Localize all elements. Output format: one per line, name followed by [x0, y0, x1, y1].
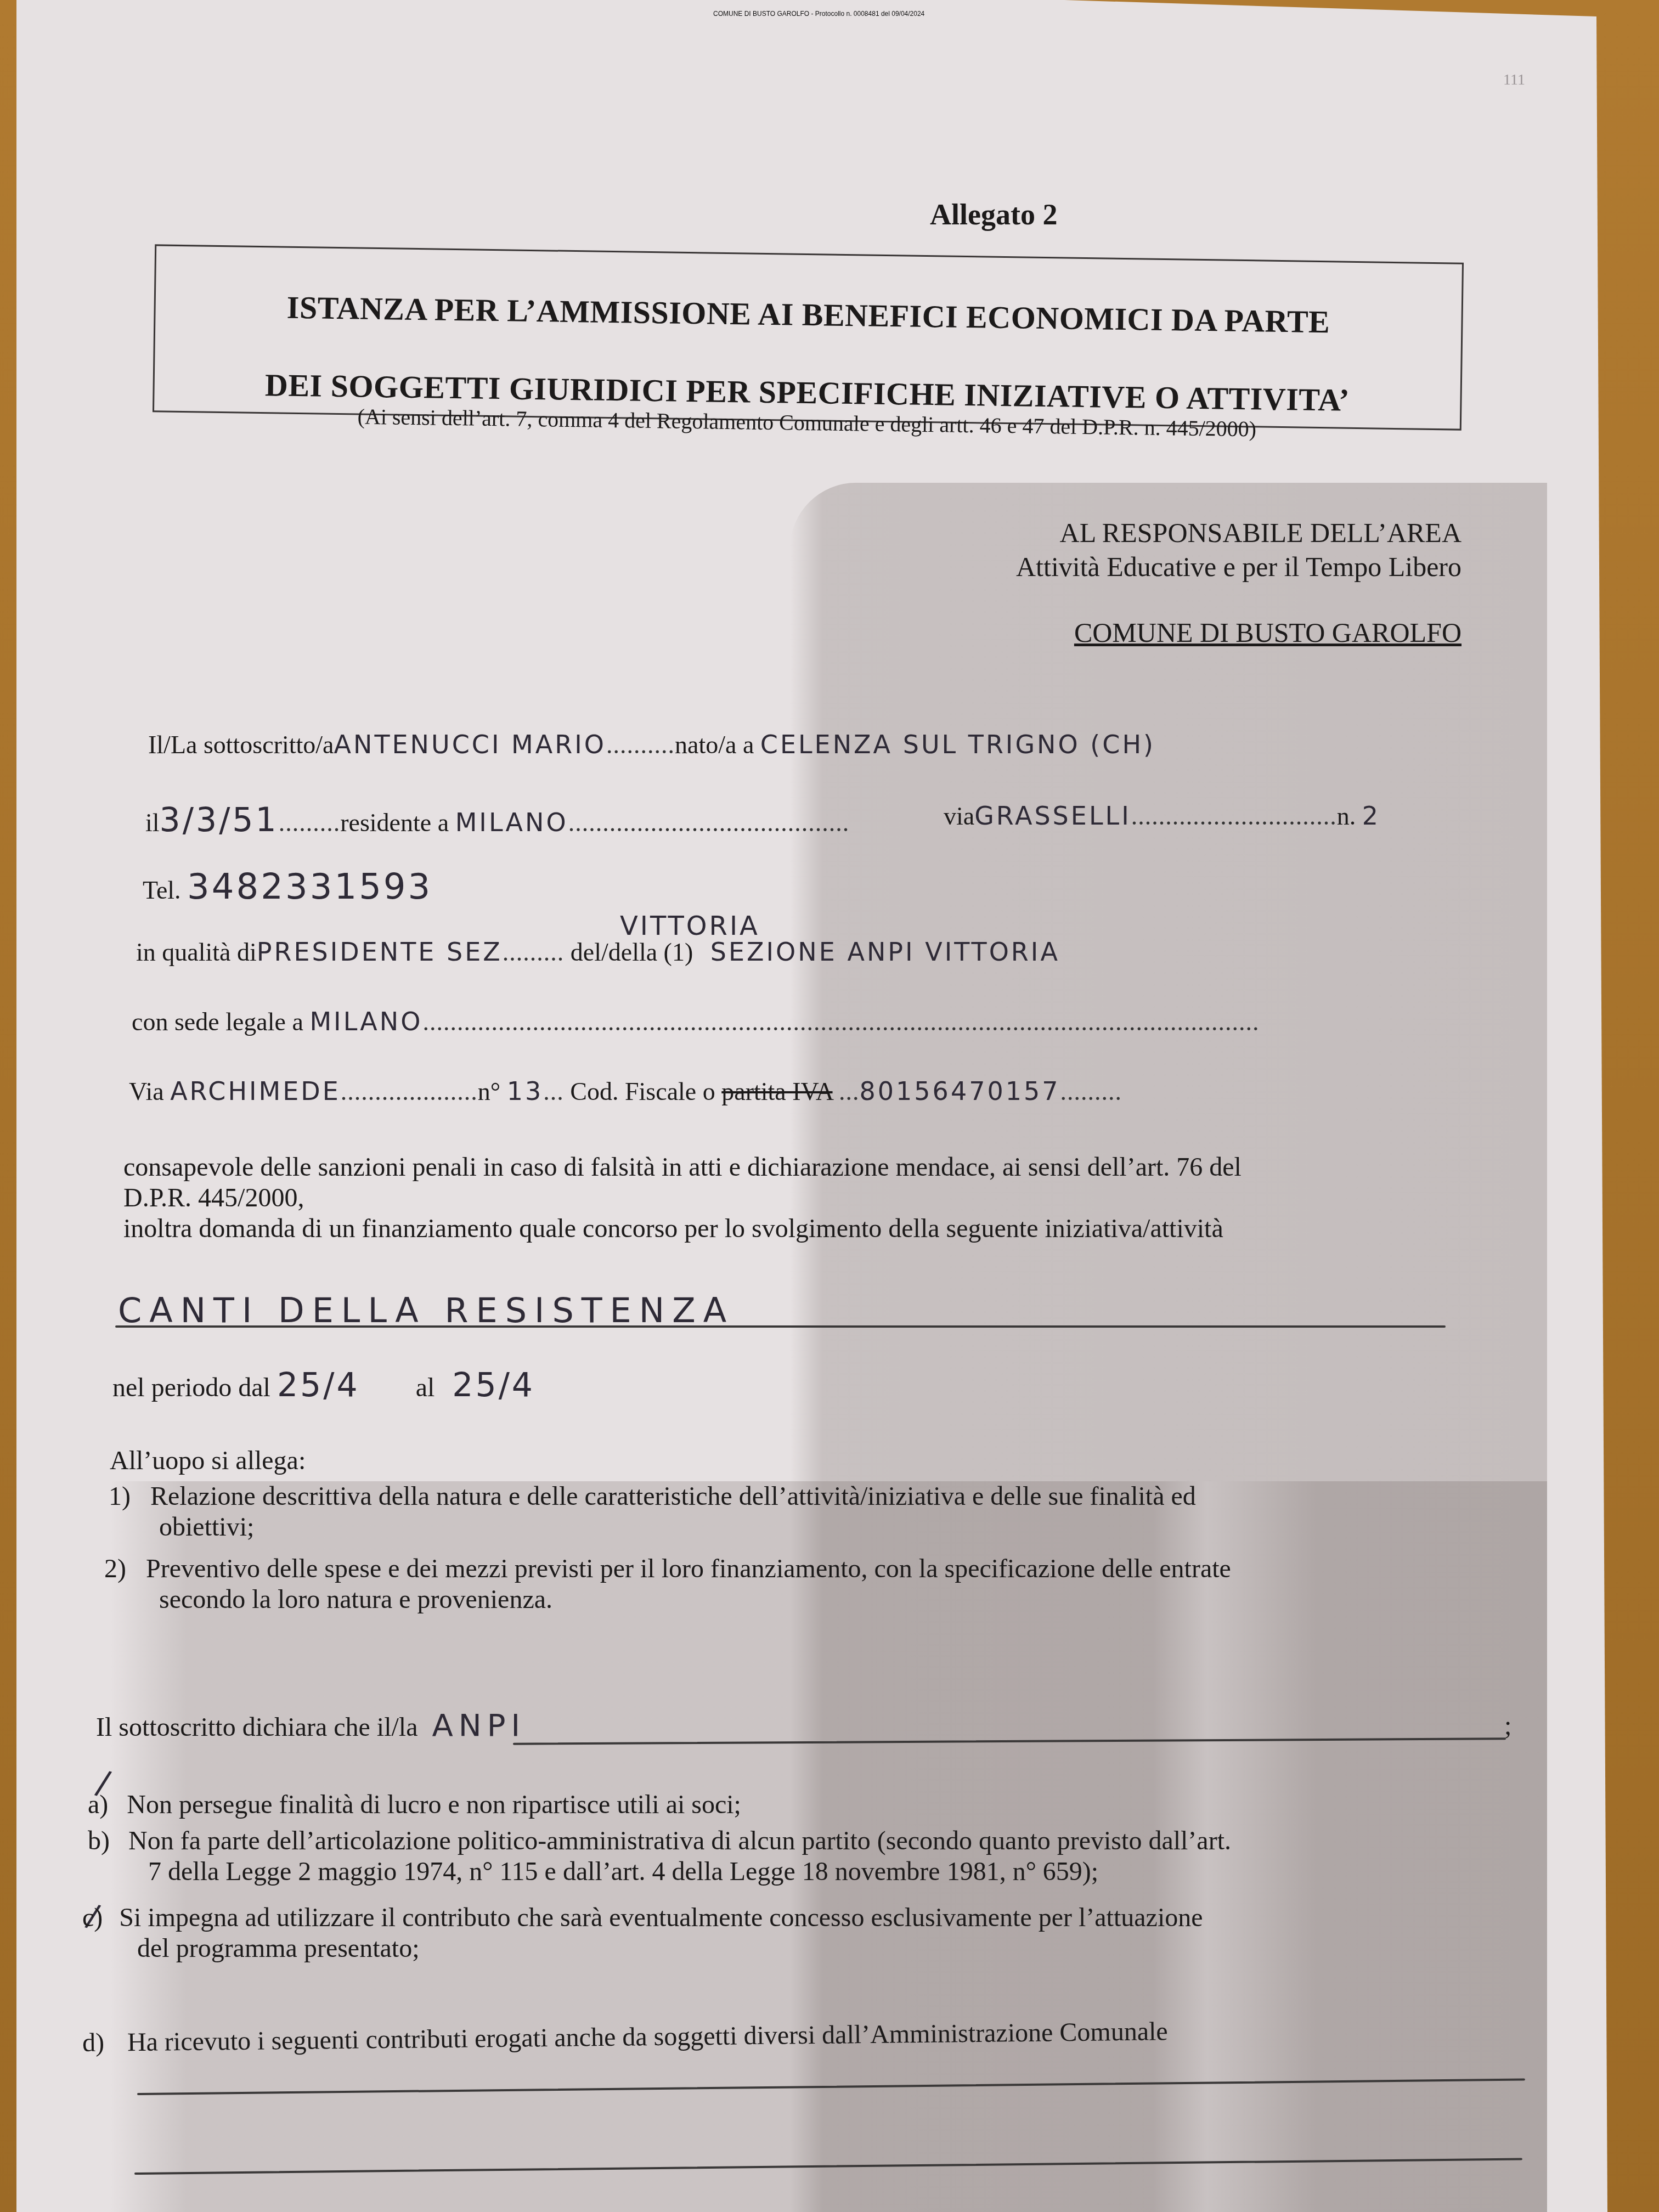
recipient-line-3: COMUNE DI BUSTO GAROLFO — [1074, 617, 1462, 648]
period-to-label: al — [416, 1373, 435, 1402]
period-to-field[interactable]: 25/4 — [452, 1366, 535, 1404]
declaration-line-3: inoltra domanda di un finanziamento qual… — [123, 1214, 1242, 1244]
street-row: viaGRASSELLI............................… — [944, 801, 1380, 831]
birthdate-label: il — [145, 809, 160, 837]
street-field[interactable]: GRASSELLI — [974, 801, 1131, 831]
role-field[interactable]: PRESIDENTE SEZ — [257, 937, 503, 967]
declaration-line-2: D.P.R. 445/2000, — [123, 1183, 1242, 1214]
street-number-field[interactable]: 2 — [1362, 801, 1380, 831]
phone-row: Tel. 3482331593 — [143, 867, 432, 907]
residence-field[interactable]: MILANO — [455, 808, 568, 837]
attachments-heading: All’uopo si allega: — [110, 1446, 306, 1476]
signatory-row: Il/La sottoscritto/aANTENUCCI MARIO.....… — [148, 730, 1155, 759]
signatory-label: Il/La sottoscritto/a — [148, 731, 334, 759]
street-number-label: n. — [1337, 802, 1356, 830]
condition-c[interactable]: c) Si impegna ad utilizzare il contribut… — [82, 1903, 1203, 1964]
role-label: in qualità di — [136, 938, 257, 966]
legal-seat-row: con sede legale a MILANO................… — [132, 1007, 1259, 1036]
tax-code-label: Cod. Fiscale o — [570, 1077, 715, 1105]
street-label: via — [944, 802, 974, 830]
signatory-field[interactable]: ANTENUCCI MARIO — [334, 730, 606, 759]
legal-street-field[interactable]: ARCHIMEDE — [170, 1076, 341, 1106]
residence-label: residente a — [340, 809, 449, 837]
phone-field[interactable]: 3482331593 — [187, 867, 432, 907]
attachment-item-2: 2) Preventivo delle spese e dei mezzi pr… — [104, 1554, 1231, 1615]
statement-field[interactable]: ANPI — [432, 1708, 525, 1743]
birthplace-field[interactable]: CELENZA SUL TRIGNO (CH) — [760, 730, 1155, 759]
tax-code-struck-label: partita IVA — [721, 1077, 832, 1105]
statement-row: Il sottoscritto dichiara che il/la ANPI — [96, 1711, 526, 1743]
birth-residence-row: il3/3/51.........residente a MILANO.....… — [145, 801, 849, 839]
legal-seat-label: con sede legale a — [132, 1008, 303, 1036]
legal-seat-field[interactable]: MILANO — [309, 1007, 422, 1036]
condition-b[interactable]: b) Non fa parte dell’articolazione polit… — [88, 1826, 1231, 1887]
condition-b-letter: b) — [88, 1826, 110, 1855]
tax-code-field[interactable]: 80156470157 — [860, 1076, 1060, 1106]
birthplace-label: nato/a a — [675, 731, 754, 759]
period-from-field[interactable]: 25/4 — [277, 1366, 360, 1404]
statement-end: ; — [1504, 1711, 1511, 1741]
condition-a-letter: a) — [88, 1790, 108, 1819]
page-number: 111 — [1503, 71, 1525, 89]
recipient-line-1: AL RESPONSABILE DELL’AREA — [1060, 517, 1462, 549]
title-line-1: ISTANZA PER L’AMMISSIONE AI BENEFICI ECO… — [155, 287, 1462, 342]
period-row: nel periodo dal 25/4 al 25/4 — [112, 1366, 535, 1404]
recipient-line-2: Attività Educative e per il Tempo Libero — [1016, 551, 1462, 583]
protocol-stamp: COMUNE DI BUSTO GAROLFO - Protocollo n. … — [713, 10, 924, 18]
declaration: consapevole delle sanzioni penali in cas… — [123, 1152, 1242, 1244]
phone-label: Tel. — [143, 876, 181, 904]
title-box: ISTANZA PER L’AMMISSIONE AI BENEFICI ECO… — [153, 244, 1464, 430]
declaration-line-1: consapevole delle sanzioni penali in cas… — [123, 1152, 1242, 1183]
legal-street-label: Via — [129, 1077, 164, 1105]
organization-label: del/della (1) — [571, 938, 693, 966]
attachment-item-1: 1) Relazione descrittiva della natura e … — [109, 1481, 1196, 1543]
condition-a[interactable]: a) Non persegue finalità di lucro e non … — [88, 1790, 741, 1820]
initiative-underline — [115, 1325, 1446, 1328]
condition-c-letter: c) — [82, 1903, 103, 1932]
condition-d-letter: d) — [82, 2028, 105, 2057]
legal-number-field[interactable]: 13 — [507, 1076, 544, 1106]
organization-field[interactable]: SEZIONE ANPI VITTORIA — [710, 937, 1060, 967]
legal-address-row: Via ARCHIMEDE....................n° 13..… — [129, 1076, 1122, 1106]
statement-label: Il sottoscritto dichiara che il/la — [96, 1713, 417, 1742]
legal-number-label: n° — [478, 1077, 500, 1105]
initiative-field[interactable]: CANTI DELLA RESISTENZA — [118, 1290, 734, 1330]
period-from-label: nel periodo dal — [112, 1373, 270, 1402]
role-row: in qualità diPRESIDENTE SEZ......... del… — [136, 937, 1060, 967]
attachment-label: Allegato 2 — [930, 198, 1057, 232]
birthdate-field[interactable]: 3/3/51 — [160, 801, 279, 839]
